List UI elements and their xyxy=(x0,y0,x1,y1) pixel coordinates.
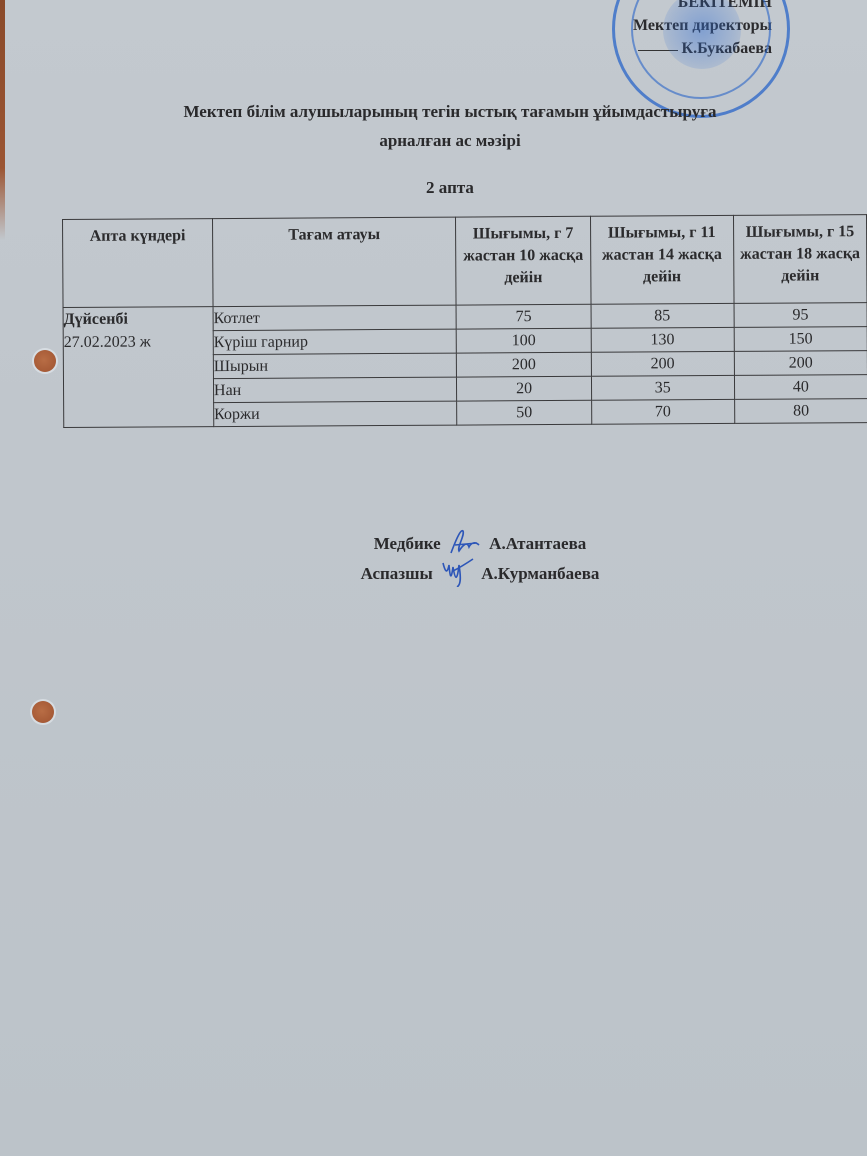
yield-15-18: 200 xyxy=(734,351,867,376)
handwritten-signature-icon xyxy=(447,527,483,557)
approval-position: Мектеп директоры xyxy=(633,14,772,37)
day-cell: Дүйсенбі 27.02.2023 ж xyxy=(63,307,214,428)
yield-7-10: 200 xyxy=(457,352,591,377)
signature-role: Аспазшы xyxy=(361,564,433,583)
document-title: Мектеп білім алушыларының тегін ыстық та… xyxy=(100,97,800,155)
table-header-row: Апта күндері Тағам атауы Шығымы, г 7 жас… xyxy=(63,215,867,308)
signature-line xyxy=(638,50,678,51)
week-label: 2 апта xyxy=(0,178,867,198)
handwritten-signature-icon xyxy=(439,557,475,587)
signature-role: Медбике xyxy=(374,534,441,553)
title-line-2: арналған ас мәзірі xyxy=(100,126,800,155)
header-days: Апта күндері xyxy=(63,219,213,308)
approval-block: БЕКІТЕМІН Мектеп директоры К.Букабаева xyxy=(633,0,772,60)
desk-edge xyxy=(0,0,5,240)
dish-name: Шырын xyxy=(213,353,457,378)
dish-name: Котлет xyxy=(213,305,457,330)
header-yield-7-10: Шығымы, г 7 жастан 10 жасқа дейін xyxy=(456,216,591,305)
signature-row-cook: Аспазшы А.Курманбаева xyxy=(0,557,867,587)
yield-15-18: 40 xyxy=(734,375,867,400)
yield-11-14: 130 xyxy=(591,327,734,352)
yield-11-14: 85 xyxy=(591,303,734,328)
dish-name: Коржи xyxy=(214,401,458,426)
yield-15-18: 150 xyxy=(734,327,867,352)
signature-row-nurse: Медбике А.Атантаева xyxy=(0,527,867,557)
day-name: Дүйсенбі xyxy=(64,307,213,331)
signature-name: А.Курманбаева xyxy=(481,564,599,583)
signature-name: А.Атантаева xyxy=(489,534,586,553)
approval-heading: БЕКІТЕМІН xyxy=(633,0,772,14)
header-dish: Тағам атауы xyxy=(212,217,456,306)
punch-hole xyxy=(34,350,56,372)
approval-name-line: К.Букабаева xyxy=(633,37,772,60)
menu-table: Апта күндері Тағам атауы Шығымы, г 7 жас… xyxy=(62,214,867,428)
yield-15-18: 95 xyxy=(734,303,867,328)
yield-7-10: 75 xyxy=(456,304,590,329)
signatures-block: Медбике А.Атантаева Аспазшы А.Курманбаев… xyxy=(0,527,867,587)
yield-7-10: 50 xyxy=(457,400,591,425)
yield-7-10: 20 xyxy=(457,376,591,401)
dish-name: Нан xyxy=(213,377,457,402)
yield-11-14: 35 xyxy=(591,375,734,400)
title-line-1: Мектеп білім алушыларының тегін ыстық та… xyxy=(100,97,800,126)
yield-7-10: 100 xyxy=(457,328,591,353)
header-yield-11-14: Шығымы, г 11 жастан 14 жасқа дейін xyxy=(590,215,734,304)
punch-hole xyxy=(32,701,54,723)
dish-name: Күріш гарнир xyxy=(213,329,457,354)
yield-11-14: 200 xyxy=(591,351,734,376)
yield-11-14: 70 xyxy=(591,399,734,424)
yield-15-18: 80 xyxy=(734,399,867,424)
approval-name: К.Букабаева xyxy=(682,40,773,57)
day-date: 27.02.2023 ж xyxy=(64,333,151,351)
header-yield-15-18: Шығымы, г 15 жастан 18 жасқа дейін xyxy=(733,215,867,304)
